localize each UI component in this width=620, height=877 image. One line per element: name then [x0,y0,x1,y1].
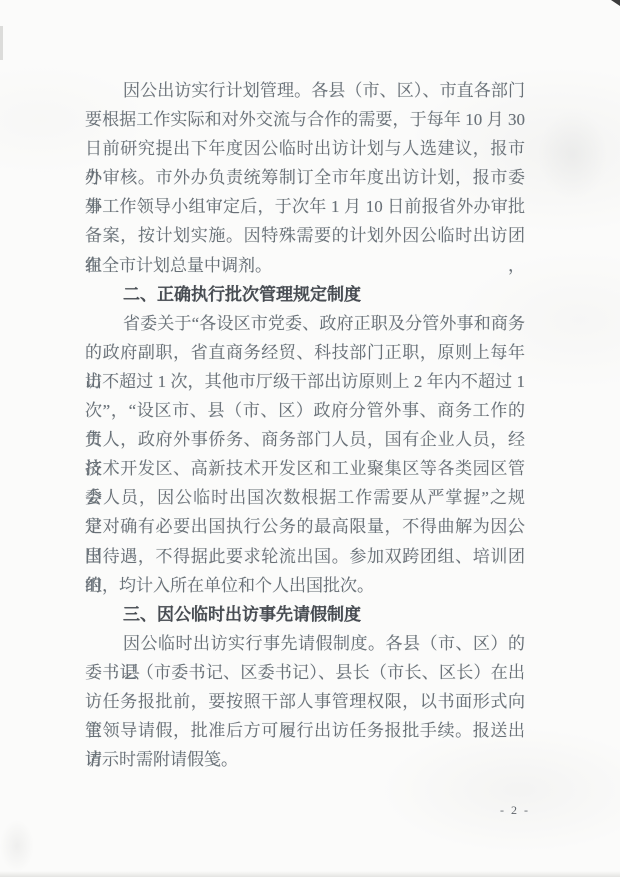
text-line: 委书记（市委书记、区委书记）、县长（市长、区长）在出 [85,658,525,687]
text-line: 因公临时出访实行事先请假制度。各县（市、区）的县 [85,629,525,658]
text-line: 国待遇，不得据此要求轮流出国。参加双跨团组、培训团组 [85,542,525,571]
text-line: 技术开发区、高新技术开发区和工业聚集区等各类园区管委 [85,454,525,483]
text-line: 访不超过 1 次，其他市厅级干部出访原则上 2 年内不超过 1 [85,367,525,396]
text-line: 访任务报批前，要按照干部人事管理权限，以书面形式向主 [85,687,525,716]
scan-artifact-smudge [538,110,608,200]
text-line: 请示时需附请假笺。 [85,745,525,774]
text-line: 省委关于“各设区市党委、政府正职及分管外事和商务 [85,309,525,338]
text-line: 的，均计入所在单位和个人出国批次。 [85,571,525,600]
text-line: 要根据工作实际和对外交流与合作的需要，于每年 10 月 30 [85,105,525,134]
text-line: 办审核。市外办负责统筹制订全市年度出访计划，报市委外 [85,163,525,192]
scan-artifact-bottom-edge [0,871,620,877]
section-heading: 二、正确执行批次管理规定制度 [85,280,525,309]
text-line: 日前研究提出下年度因公临时出访计划与人选建议，报市外 [85,134,525,163]
text-line: 事工作领导小组审定后，于次年 1 月 10 日前报省外办审批 [85,192,525,221]
text-line: 管领导请假，批准后方可履行出访任务报批手续。报送出访 [85,716,525,745]
text-line: 备案，按计划实施。因特殊需要的计划外因公临时出访团组， [85,221,525,250]
page-number: - 2 - [500,803,544,818]
text-line: 会人员，因公临时出国次数根据工作需要从严掌握”之规定， [85,483,525,512]
text-line: 责人，政府外事侨务、商务部门人员，国有企业人员，经济 [85,425,525,454]
scan-artifact-edge [0,26,3,60]
scan-artifact-corner [611,0,620,6]
text-line: 次”，“设区市、县（市、区）政府分管外事、商务工作的负 [85,396,525,425]
document-body: 因公出访实行计划管理。各县（市、区）、市直各部门 要根据工作实际和对外交流与合作… [85,76,525,774]
text-line: 因公出访实行计划管理。各县（市、区）、市直各部门 [85,76,525,105]
scan-artifact-smudge [0,820,34,872]
section-heading: 三、因公临时出访事先请假制度 [85,600,525,629]
text-line: 是对确有必要出国执行公务的最高限量，不得曲解为因公出 [85,512,525,541]
text-line: 的政府副职，省直商务经贸、科技部门正职，原则上每年出 [85,338,525,367]
